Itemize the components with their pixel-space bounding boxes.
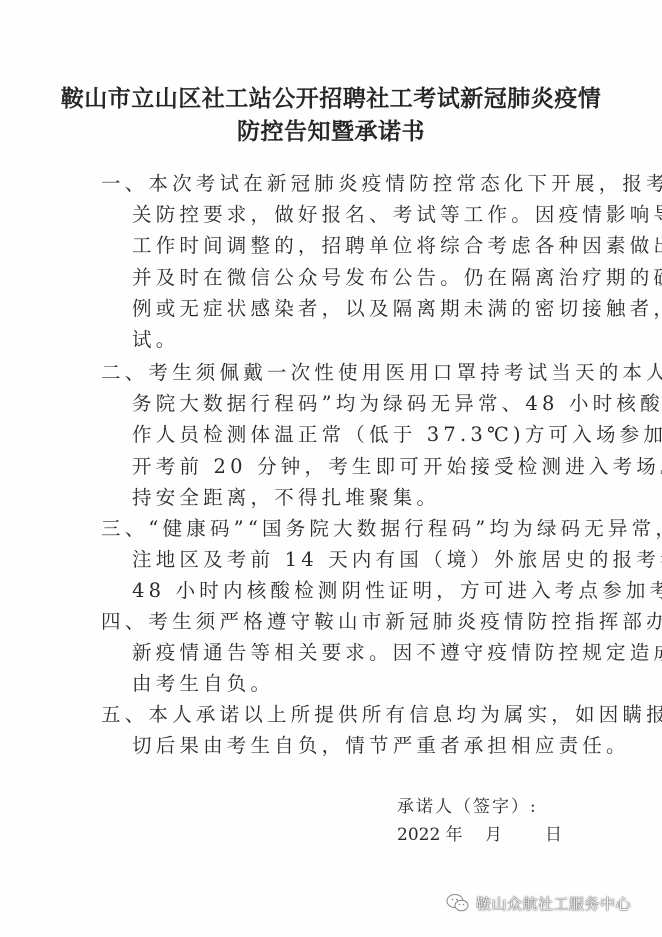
item-3-line-3: 48 小时内核酸检测阴性证明，方可进入考点参加考试。	[132, 579, 662, 603]
date-year: 2022 年	[397, 820, 463, 845]
item-5-line-1: 五、本人承诺以上所提供所有信息均为属实，如因瞒报、虚报产生一	[101, 703, 662, 727]
wechat-icon	[446, 893, 470, 913]
item-1-line-6: 试。	[132, 328, 179, 352]
item-1-line-1: 一、本次考试在新冠肺炎疫情防控常态化下开展，报考者应当按照有	[101, 172, 662, 196]
item-1-line-5: 例或无症状感染者，以及隔离期未满的密切接触者，不得参加考	[132, 297, 662, 321]
item-2-line-1: 二、考生须佩戴一次性使用医用口罩持考试当天的本人“健康码”“国	[101, 361, 662, 385]
item-2-line-5: 持安全距离，不得扎堆聚集。	[132, 486, 440, 510]
item-3-line-2: 注地区及考前 14 天内有国（境）外旅居史的报考者需提供考前	[132, 548, 662, 572]
item-1-line-2: 关防控要求，做好报名、考试等工作。因疫情影响导致本次招聘	[132, 203, 662, 227]
item-1-line-4: 并及时在微信公众号发布公告。仍在隔离治疗期的确诊、疑似病	[132, 266, 662, 290]
item-2-line-2: 务院大数据行程码”均为绿码无异常、48 小时核酸报告并经工	[132, 392, 662, 416]
item-4-line-1: 四、考生须严格遵守鞍山市新冠肺炎疫情防控指挥部办公室发布的最	[101, 610, 662, 634]
watermark-text: 鞍山众航社工服务中心	[476, 893, 631, 914]
date-month: 月	[485, 820, 502, 845]
document-title-line-1: 鞍山市立山区社工站公开招聘社工考试新冠肺炎疫情	[0, 80, 662, 113]
item-2-line-4: 开考前 20 分钟，考生即可开始接受检测进入考场。考生均须保	[132, 455, 662, 479]
item-5-line-2: 切后果由考生自负，情节严重者承担相应责任。	[132, 734, 630, 758]
item-4-line-2: 新疫情通告等相关要求。因不遵守疫情防控规定造成的一切后果	[132, 641, 662, 665]
wechat-watermark: 鞍山众航社工服务中心	[446, 892, 631, 914]
item-1-line-3: 工作时间调整的，招聘单位将综合考虑各种因素做出合理安排，	[132, 234, 662, 258]
document-page: 鞍山市立山区社工站公开招聘社工考试新冠肺炎疫情 防控告知暨承诺书 一、本次考试在…	[0, 0, 662, 937]
document-title-line-2: 防控告知暨承诺书	[0, 113, 662, 146]
date-day: 日	[545, 820, 562, 845]
signature-label: 承诺人（签字）:	[397, 792, 538, 817]
item-4-line-3: 由考生自负。	[132, 672, 274, 696]
item-2-line-3: 作人员检测体温正常（低于 37.3℃)方可入场参加考试。各科目	[132, 423, 662, 447]
item-3-line-1: 三、“健康码”“国务院大数据行程码”均为绿码无异常，国内重点关	[101, 517, 662, 541]
